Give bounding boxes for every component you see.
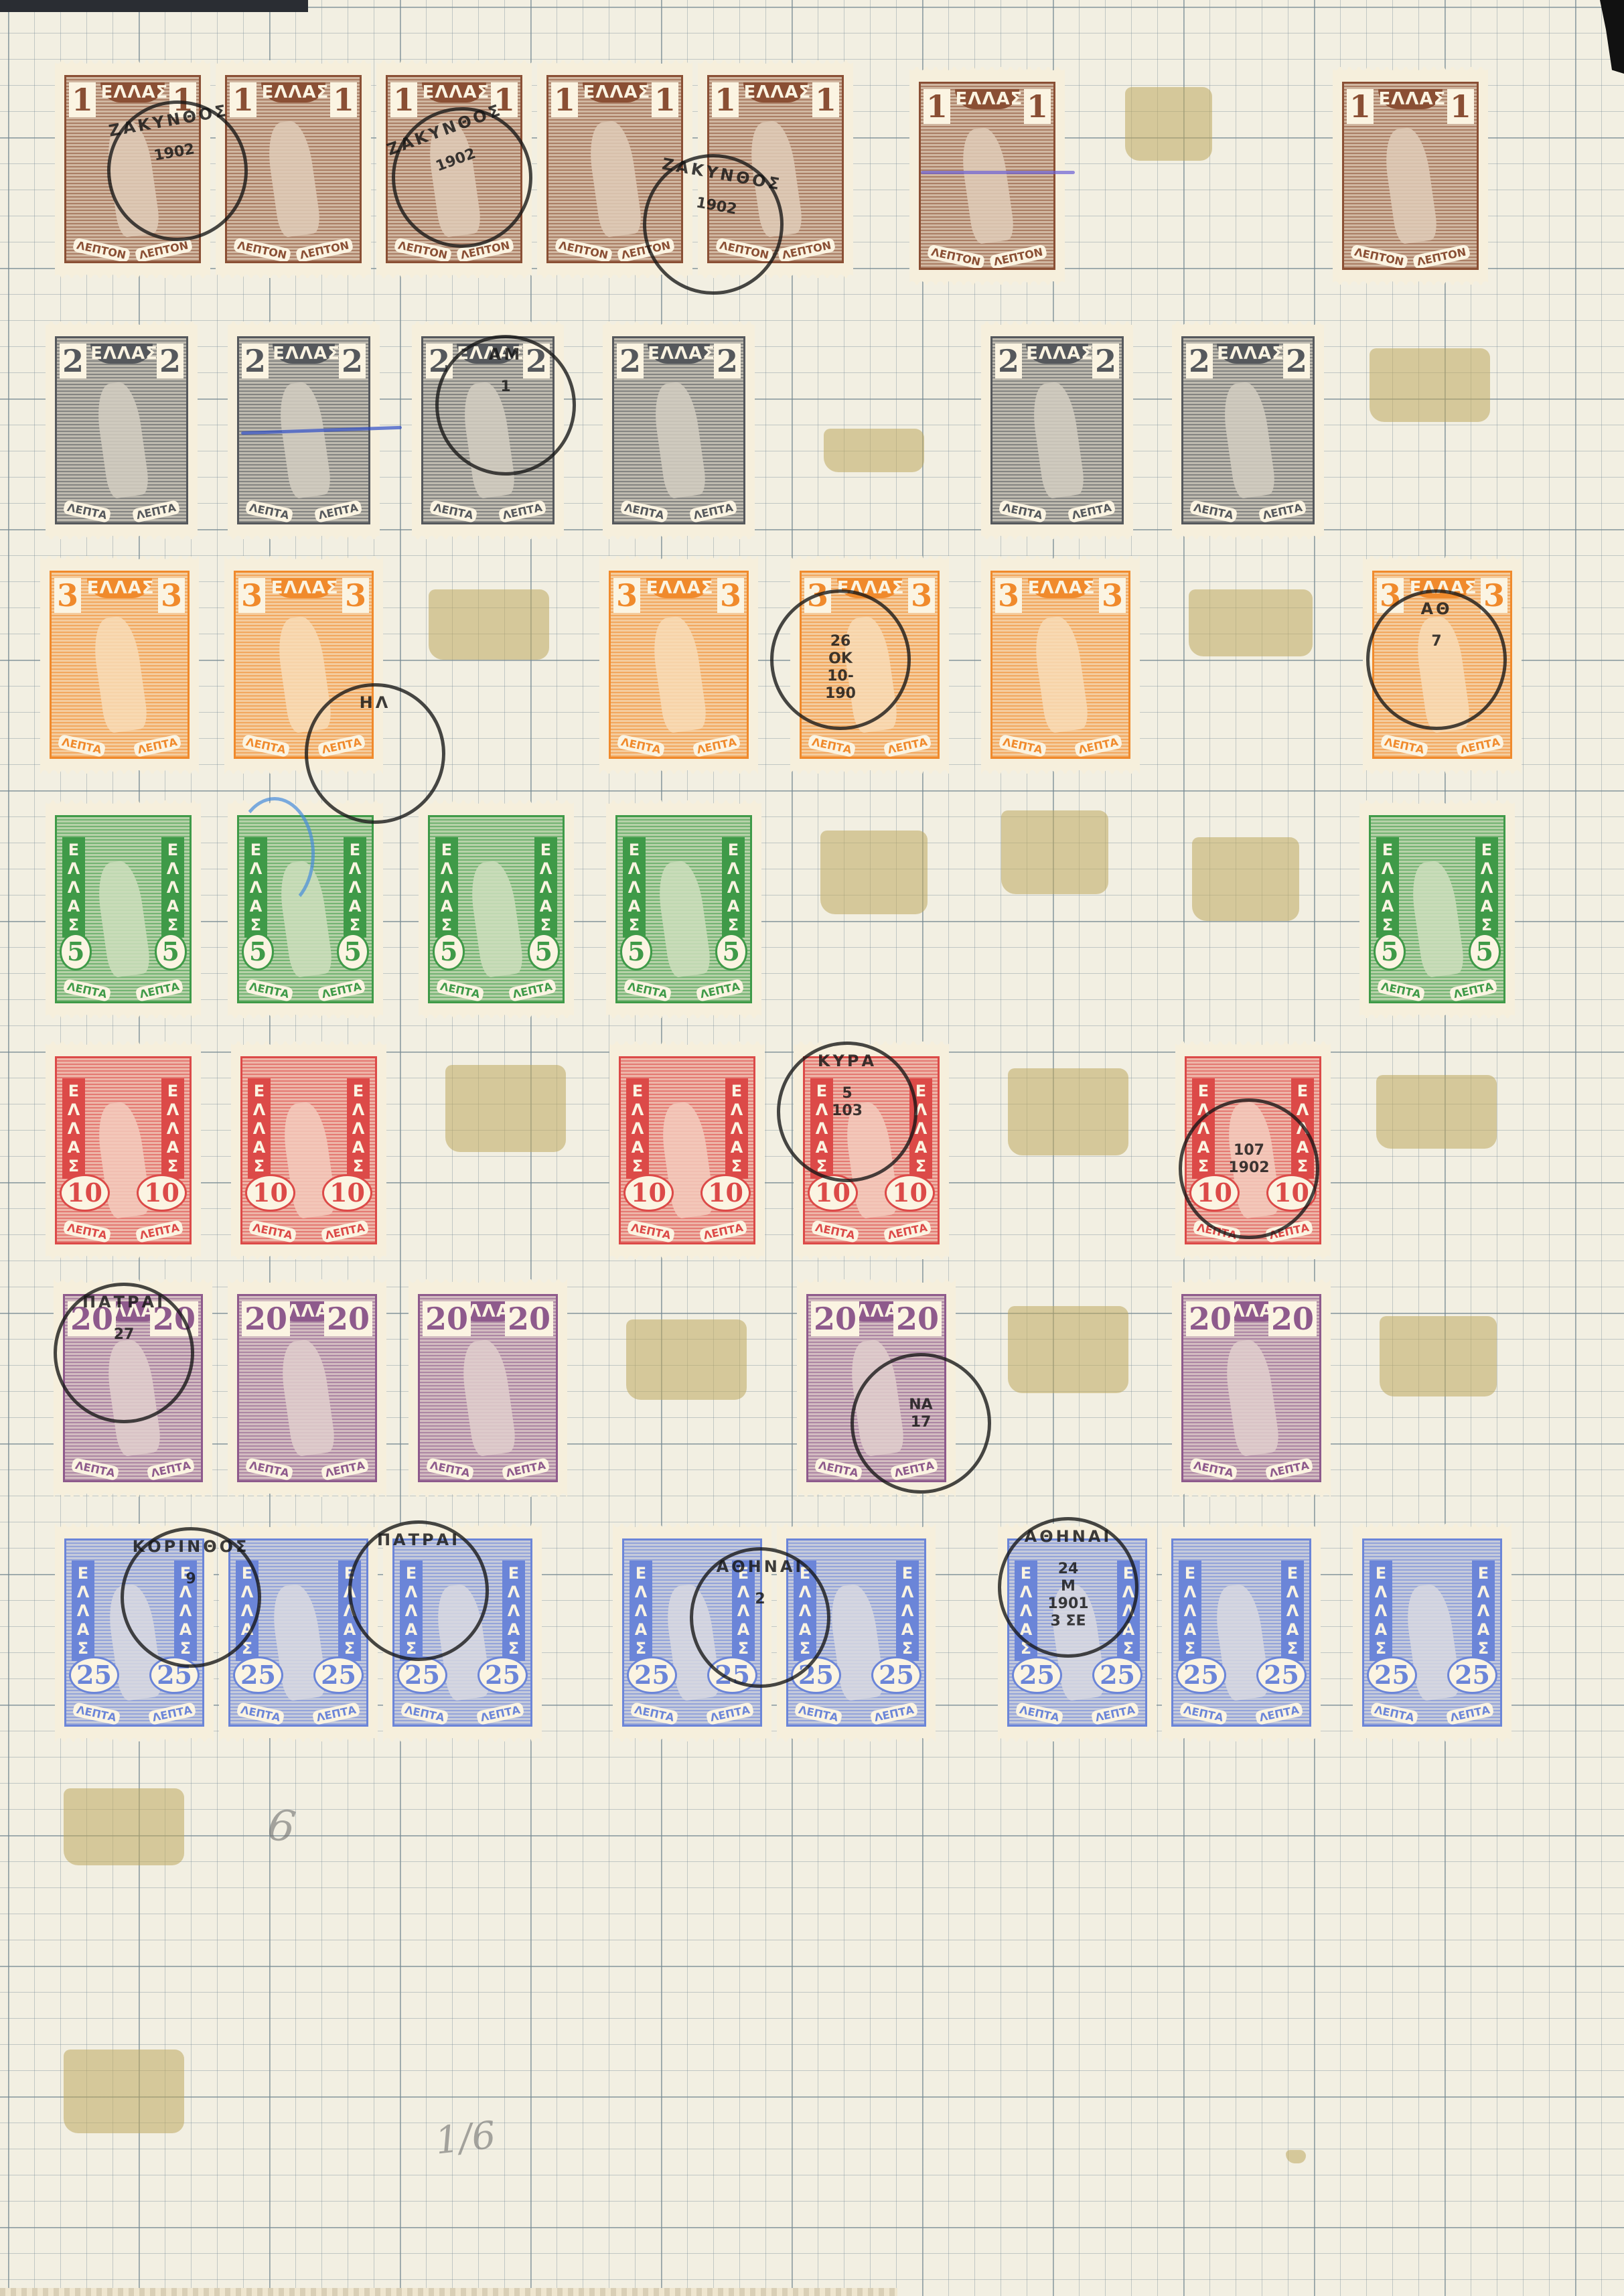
stamp-1-lepta: ΕΛΛΑΣ ΕΛΛΑΣ ΕΛΛΑΣ 1 1 ΛΕΠΤΟΝ ΛΕΠΤΟΝ — [55, 60, 210, 278]
stamp-country: ΕΛΛΑΣ — [648, 344, 710, 364]
stamp-value-left: 3 — [1377, 578, 1404, 613]
stamp-design: ΕΛΛΑΣ ΕΛΛΑΣ ΕΛΛΑΣ 20 20 ΛΕΠΤΑ ΛΕΠΤΑ — [237, 1294, 377, 1482]
stamp-design: ΕΛΛΑΣ ΕΛΛΑΣ ΕΛΛΑΣ 2 2 ΛΕΠΤΑ ΛΕΠΤΑ — [612, 336, 745, 524]
stamp-5-lepta: ΕΛΛΑΣ ΕΛΛΑΣ ΕΛΛΑΣ 5 5 ΛΕΠΤΑ ΛΕΠΤΑ — [419, 800, 574, 1018]
stamp-design: ΕΛΛΑΣ ΕΛΛΑΣ ΕΛΛΑΣ 5 5 ΛΕΠΤΑ ΛΕΠΤΑ — [1369, 815, 1505, 1003]
stamp-design: ΕΛΛΑΣ ΕΛΛΑΣ ΕΛΛΑΣ 25 25 ΛΕΠΤΑ ΛΕΠΤΑ — [1171, 1538, 1311, 1727]
stamp-currency-left: ΛΕΠΤΑ — [1380, 734, 1429, 758]
stamp-country: ΕΛΛΑΣ — [261, 82, 325, 102]
stamp-3-lepta: ΕΛΛΑΣ ΕΛΛΑΣ ΕΛΛΑΣ 3 3 ΛΕΠΤΑ ΛΕΠΤΑ — [790, 556, 949, 774]
stamp-design: ΕΛΛΑΣ ΕΛΛΑΣ ΕΛΛΑΣ 3 3 ΛΕΠΤΑ ΛΕΠΤΑ — [800, 571, 940, 759]
stamp-value-left: 25 — [69, 1656, 119, 1694]
stamp-design: ΕΛΛΑΣ ΕΛΛΑΣ ΕΛΛΑΣ 1 1 ΛΕΠΤΟΝ ΛΕΠΤΟΝ — [386, 75, 522, 263]
stamp-5-lepta: ΕΛΛΑΣ ΕΛΛΑΣ ΕΛΛΑΣ 5 5 ΛΕΠΤΑ ΛΕΠΤΑ — [46, 800, 201, 1018]
stamp-currency-left: ΛΕΠΤΑ — [1015, 1702, 1064, 1725]
empty-stamp-hinge — [824, 429, 924, 472]
stamp-design: ΕΛΛΑΣ ΕΛΛΑΣ ΕΛΛΑΣ 2 2 ΛΕΠΤΑ ΛΕΠΤΑ — [421, 336, 555, 524]
stamp-1-lepta: ΕΛΛΑΣ ΕΛΛΑΣ ΕΛΛΑΣ 1 1 ΛΕΠΤΟΝ ΛΕΠΤΟΝ — [1333, 67, 1488, 285]
stamp-value-left: 10 — [623, 1174, 674, 1212]
stamp-currency-right: ΛΕΠΤΑ — [699, 1220, 748, 1243]
stamp-currency-left: ΛΕΠΤΑ — [794, 1702, 843, 1725]
stamp-country-right: ΕΛΛΑΣ — [161, 837, 184, 938]
album-page: ΕΛΛΑΣ ΕΛΛΑΣ ΕΛΛΑΣ 1 1 ΛΕΠΤΟΝ ΛΕΠΤΟΝ ΕΛΛΑ… — [0, 0, 1624, 2296]
hermes-figure — [1029, 380, 1086, 499]
stamp-country: ΕΛΛΑΣ — [457, 344, 519, 364]
stamp-value-left: 1 — [924, 89, 950, 124]
stamp-currency-left: ΛΕΠΤΑ — [400, 1702, 449, 1725]
stamp-currency-right: ΛΕΠΤΟΝ — [456, 237, 514, 263]
stamp-currency-right: ΛΕΠΤΑ — [706, 1702, 755, 1725]
stamp-currency-right: ΛΕΠΤΑ — [321, 1220, 370, 1243]
stamp-20-lepta: ΕΛΛΑΣ ΕΛΛΑΣ ΕΛΛΑΣ 20 20 ΛΕΠΤΑ ΛΕΠΤΑ — [1172, 1279, 1331, 1497]
stamp-currency-left: ΛΕΠΤΑ — [245, 1457, 294, 1481]
hermes-figure — [650, 380, 707, 499]
hermes-figure — [1220, 380, 1276, 499]
stamp-country-left: ΕΛΛΑΣ — [1015, 1561, 1037, 1661]
stamp-value-left: 20 — [242, 1301, 290, 1336]
stamp-value-right: 25 — [1256, 1656, 1307, 1694]
stamp-25-lepta: ΕΛΛΑΣ ΕΛΛΑΣ ΕΛΛΑΣ 25 25 ΛΕΠΤΑ ΛΕΠΤΑ — [1353, 1524, 1511, 1741]
stamp-country: ΕΛΛΑΣ — [90, 344, 153, 364]
stamp-value-left: 5 — [60, 933, 92, 971]
stamp-country-right: ΕΛΛΑΣ — [338, 1561, 361, 1661]
stamp-value-right: 20 — [324, 1301, 372, 1336]
stamp-value-right: 3 — [717, 578, 744, 613]
stamp-value-left: 10 — [60, 1174, 110, 1212]
stamp-value-right: 5 — [1469, 933, 1501, 971]
stamp-value-right: 20 — [150, 1301, 198, 1336]
stamp-currency-right: ΛΕΠΤΑ — [1258, 500, 1307, 523]
stamp-value-left: 20 — [423, 1301, 471, 1336]
stamp-value-right: 3 — [908, 578, 935, 613]
pencil-note: 1/6 — [433, 2113, 498, 2163]
stamp-value-right: 25 — [149, 1656, 200, 1694]
stamp-5-lepta: ΕΛΛΑΣ ΕΛΛΑΣ ΕΛΛΑΣ 5 5 ΛΕΠΤΑ ΛΕΠΤΑ — [606, 800, 761, 1018]
stamp-value-left: 10 — [808, 1174, 858, 1212]
stamp-design: ΕΛΛΑΣ ΕΛΛΑΣ ΕΛΛΑΣ 1 1 ΛΕΠΤΟΝ ΛΕΠΤΟΝ — [64, 75, 201, 263]
ink-marking — [921, 171, 1075, 174]
stamp-value-right: 2 — [339, 344, 366, 378]
stamp-3-lepta: ΕΛΛΑΣ ΕΛΛΑΣ ΕΛΛΑΣ 3 3 ΛΕΠΤΑ ΛΕΠΤΑ — [224, 556, 383, 774]
stamp-design: ΕΛΛΑΣ ΕΛΛΑΣ ΕΛΛΑΣ 1 1 ΛΕΠΤΟΝ ΛΕΠΤΟΝ — [919, 82, 1055, 270]
stamp-currency-right: ΛΕΠΤΑ — [317, 734, 366, 758]
stamp-currency-left: ΛΕΠΤΑ — [999, 734, 1047, 758]
stamp-country-right: ΕΛΛΑΣ — [534, 837, 557, 938]
stamp-value-left: 3 — [238, 578, 265, 613]
stamp-10-lepta: ΕΛΛΑΣ ΕΛΛΑΣ ΕΛΛΑΣ 10 10 ΛΕΠΤΑ ΛΕΠΤΑ — [609, 1042, 765, 1259]
stamp-currency-left: ΛΕΠΤΑ — [245, 979, 294, 1002]
stamp-country-right: ΕΛΛΑΣ — [909, 1078, 932, 1179]
stamp-country: ΕΛΛΑΣ — [646, 578, 711, 598]
stamp-value-left: 10 — [1189, 1174, 1240, 1212]
stamp-value-right: 20 — [1268, 1301, 1317, 1336]
stamp-country-right: ΕΛΛΑΣ — [732, 1561, 755, 1661]
stamp-currency-right: ΛΕΠΤΑ — [1446, 1702, 1495, 1725]
stamp-design: ΕΛΛΑΣ ΕΛΛΑΣ ΕΛΛΑΣ 25 25 ΛΕΠΤΑ ΛΕΠΤΑ — [786, 1538, 926, 1727]
stamp-design: ΕΛΛΑΣ ΕΛΛΑΣ ΕΛΛΑΣ 10 10 ΛΕΠΤΑ ΛΕΠΤΑ — [803, 1056, 940, 1244]
hermes-figure — [1031, 614, 1090, 733]
stamp-design: ΕΛΛΑΣ ΕΛΛΑΣ ΕΛΛΑΣ 10 10 ΛΕΠΤΑ ΛΕΠΤΑ — [55, 1056, 192, 1244]
stamp-country: ΕΛΛΑΣ — [1026, 344, 1088, 364]
stamp-design: ΕΛΛΑΣ ΕΛΛΑΣ ΕΛΛΑΣ 25 25 ΛΕΠΤΑ ΛΕΠΤΑ — [64, 1538, 204, 1727]
stamp-value-left: 1 — [551, 82, 578, 117]
hermes-figure — [586, 119, 644, 238]
stamp-3-lepta: ΕΛΛΑΣ ΕΛΛΑΣ ΕΛΛΑΣ 3 3 ΛΕΠΤΑ ΛΕΠΤΑ — [1363, 556, 1522, 774]
stamp-currency-left: ΛΕΠΤΑ — [245, 500, 294, 523]
stamp-country: ΕΛΛΑΣ — [583, 82, 646, 102]
stamp-value-left: 3 — [995, 578, 1022, 613]
stamp-country: ΕΛΛΑΣ — [271, 578, 336, 598]
stamp-currency-left: ΛΕΠΤΑ — [1179, 1702, 1228, 1725]
stamp-currency-right: ΛΕΠΤΑ — [1091, 1702, 1140, 1725]
stamp-currency-left: ΛΕΠΤΟΝ — [233, 237, 291, 263]
stamp-currency-left: ΛΕΠΤΑ — [808, 734, 857, 758]
stamp-value-left: 2 — [242, 344, 269, 378]
stamp-value-right: 25 — [1447, 1656, 1497, 1694]
stamp-1-lepta: ΕΛΛΑΣ ΕΛΛΑΣ ΕΛΛΑΣ 1 1 ΛΕΠΤΟΝ ΛΕΠΤΟΝ — [698, 60, 853, 278]
stamp-currency-right: ΛΕΠΤΑ — [883, 734, 932, 758]
stamp-design: ΕΛΛΑΣ ΕΛΛΑΣ ΕΛΛΑΣ 3 3 ΛΕΠΤΑ ΛΕΠΤΑ — [50, 571, 190, 759]
stamp-country-left: ΕΛΛΑΣ — [400, 1561, 423, 1661]
hermes-figure — [425, 119, 483, 238]
stamp-value-left: 3 — [54, 578, 81, 613]
stamp-design: ΕΛΛΑΣ ΕΛΛΑΣ ΕΛΛΑΣ 5 5 ΛΕΠΤΑ ΛΕΠΤΑ — [615, 815, 752, 1003]
stamp-2-lepta: ΕΛΛΑΣ ΕΛΛΑΣ ΕΛΛΑΣ 2 2 ΛΕΠΤΑ ΛΕΠΤΑ — [46, 321, 198, 539]
empty-stamp-hinge — [1008, 1068, 1128, 1155]
empty-stamp-hinge — [1192, 837, 1299, 921]
stamp-currency-right: ΛΕΠΤΑ — [502, 1457, 550, 1481]
stamp-country-left: ΕΛΛΑΣ — [810, 1078, 833, 1179]
empty-stamp-hinge — [1001, 810, 1108, 894]
stamp-currency-right: ΛΕΠΤΑ — [890, 1457, 939, 1481]
stamp-currency-left: ΛΕΠΤΑ — [1193, 1220, 1242, 1243]
stamp-value-right: 1 — [1024, 89, 1051, 124]
stamp-currency-left: ΛΕΠΤΑ — [71, 1457, 120, 1481]
stamp-design: ΕΛΛΑΣ ΕΛΛΑΣ ΕΛΛΑΣ 20 20 ΛΕΠΤΑ ΛΕΠΤΑ — [63, 1294, 203, 1482]
stamp-value-right: 10 — [1266, 1174, 1317, 1212]
empty-stamp-hinge — [1286, 2150, 1306, 2163]
empty-stamp-hinge — [1008, 1306, 1128, 1393]
stamp-currency-left: ΛΕΠΤΑ — [617, 734, 666, 758]
stamp-value-left: 3 — [613, 578, 640, 613]
stamp-country-right: ΕΛΛΑΣ — [725, 1078, 748, 1179]
stamp-currency-left: ΛΕΠΤΟΝ — [72, 237, 131, 263]
hermes-figure — [458, 1338, 517, 1457]
stamp-25-lepta: ΕΛΛΑΣ ΕΛΛΑΣ ΕΛΛΑΣ 25 25 ΛΕΠΤΑ ΛΕΠΤΑ — [383, 1524, 542, 1741]
stamp-currency-left: ΛΕΠΤΑ — [63, 500, 112, 523]
stamp-currency-left: ΛΕΠΤΑ — [72, 1702, 121, 1725]
stamp-value-left: 1 — [712, 82, 739, 117]
stamp-design: ΕΛΛΑΣ ΕΛΛΑΣ ΕΛΛΑΣ 1 1 ΛΕΠΤΟΝ ΛΕΠΤΟΝ — [225, 75, 362, 263]
stamp-design: ΕΛΛΑΣ ΕΛΛΑΣ ΕΛΛΑΣ 2 2 ΛΕΠΤΑ ΛΕΠΤΑ — [55, 336, 188, 524]
stamp-value-left: 25 — [1012, 1656, 1062, 1694]
stamp-value-left: 5 — [620, 933, 652, 971]
stamp-design: ΕΛΛΑΣ ΕΛΛΑΣ ΕΛΛΑΣ 2 2 ΛΕΠΤΑ ΛΕΠΤΑ — [1181, 336, 1315, 524]
stamp-design: ΕΛΛΑΣ ΕΛΛΑΣ ΕΛΛΑΣ 25 25 ΛΕΠΤΑ ΛΕΠΤΑ — [622, 1538, 762, 1727]
stamp-country-left: ΕΛΛΑΣ — [630, 1561, 652, 1661]
stamp-1-lepta: ΕΛΛΑΣ ΕΛΛΑΣ ΕΛΛΑΣ 1 1 ΛΕΠΤΟΝ ΛΕΠΤΟΝ — [537, 60, 692, 278]
hermes-figure — [958, 125, 1016, 244]
stamp-value-right: 25 — [707, 1656, 757, 1694]
stamp-country-left: ΕΛΛΑΣ — [236, 1561, 259, 1661]
stamp-country-right: ΕΛΛΑΣ — [1475, 837, 1498, 938]
stamp-currency-left: ΛΕΠΤΑ — [436, 979, 485, 1002]
stamp-country-left: ΕΛΛΑΣ — [62, 1078, 85, 1179]
hermes-figure — [649, 614, 708, 733]
stamp-value-left: 1 — [1347, 89, 1374, 124]
stamp-currency-left: ΛΕΠΤΑ — [236, 1702, 285, 1725]
stamp-value-right: 20 — [893, 1301, 942, 1336]
stamp-country-left: ΕΛΛΑΣ — [1376, 837, 1399, 938]
empty-stamp-hinge — [1370, 348, 1490, 422]
stamp-value-right: 25 — [477, 1656, 528, 1694]
stamp-value-left: 5 — [242, 933, 274, 971]
stamp-currency-left: ΛΕΠΤΑ — [1370, 1702, 1419, 1725]
stamp-country: ΕΛΛΑΣ — [1217, 344, 1279, 364]
stamp-design: ΕΛΛΑΣ ΕΛΛΑΣ ΕΛΛΑΣ 5 5 ΛΕΠΤΑ ΛΕΠΤΑ — [55, 815, 192, 1003]
stamp-country-right: ΕΛΛΑΣ — [1117, 1561, 1140, 1661]
empty-stamp-hinge — [1380, 1316, 1497, 1396]
stamp-value-left: 25 — [397, 1656, 447, 1694]
stamp-currency-right: ΛΕΠΤΑ — [689, 500, 738, 523]
stamp-value-left: 2 — [1186, 344, 1213, 378]
stamp-currency-right: ΛΕΠΤΟΝ — [1412, 244, 1471, 269]
empty-stamp-hinge — [820, 831, 928, 914]
stamp-25-lepta: ΕΛΛΑΣ ΕΛΛΑΣ ΕΛΛΑΣ 25 25 ΛΕΠΤΑ ΛΕΠΤΑ — [777, 1524, 936, 1741]
stamp-10-lepta: ΕΛΛΑΣ ΕΛΛΑΣ ΕΛΛΑΣ 10 10 ΛΕΠΤΑ ΛΕΠΤΑ — [231, 1042, 386, 1259]
stamp-country-left: ΕΛΛΑΣ — [248, 1078, 271, 1179]
stamp-country-right: ΕΛΛΑΣ — [174, 1561, 197, 1661]
stamp-value-left: 1 — [69, 82, 96, 117]
blue-crayon-marking — [234, 797, 315, 911]
stamp-1-lepta: ΕΛΛΑΣ ΕΛΛΑΣ ΕΛΛΑΣ 1 1 ΛΕΠΤΟΝ ΛΕΠΤΟΝ — [909, 67, 1065, 285]
stamp-currency-left: ΛΕΠΤΑ — [429, 500, 478, 523]
stamp-design: ΕΛΛΑΣ ΕΛΛΑΣ ΕΛΛΑΣ 1 1 ΛΕΠΤΟΝ ΛΕΠΤΟΝ — [546, 75, 683, 263]
stamp-currency-right: ΛΕΠΤΑ — [312, 1702, 361, 1725]
stamp-currency-left: ΛΕΠΤΑ — [620, 500, 669, 523]
stamp-currency-left: ΛΕΠΤΑ — [627, 1220, 676, 1243]
stamp-value-left: 25 — [1367, 1656, 1417, 1694]
stamp-value-right: 10 — [700, 1174, 751, 1212]
stamp-currency-left: ΛΕΠΤΑ — [630, 1702, 679, 1725]
stamp-design: ΕΛΛΑΣ ΕΛΛΑΣ ΕΛΛΑΣ 3 3 ΛΕΠΤΑ ΛΕΠΤΑ — [234, 571, 374, 759]
stamp-design: ΕΛΛΑΣ ΕΛΛΑΣ ΕΛΛΑΣ 25 25 ΛΕΠΤΑ ΛΕΠΤΑ — [228, 1538, 368, 1727]
stamp-value-right: 3 — [342, 578, 369, 613]
stamp-value-right: 1 — [652, 82, 678, 117]
stamp-currency-right: ΛΕΠΤΟΝ — [989, 244, 1047, 269]
stamp-country-right: ΕΛΛΑΣ — [1472, 1561, 1495, 1661]
stamp-currency-right: ΛΕΠΤΑ — [870, 1702, 919, 1725]
underlying-page-edge — [0, 2288, 897, 2296]
stamp-country: ΕΛΛΑΣ — [1410, 578, 1475, 598]
stamp-value-left: 25 — [233, 1656, 283, 1694]
stamp-25-lepta: ΕΛΛΑΣ ΕΛΛΑΣ ΕΛΛΑΣ 25 25 ΛΕΠΤΑ ΛΕΠΤΑ — [219, 1524, 378, 1741]
stamp-design: ΕΛΛΑΣ ΕΛΛΑΣ ΕΛΛΑΣ 25 25 ΛΕΠΤΑ ΛΕΠΤΑ — [392, 1538, 532, 1727]
stamp-currency-right: ΛΕΠΤΑ — [476, 1702, 525, 1725]
stamp-currency-right: ΛΕΠΤΑ — [1265, 1457, 1314, 1481]
empty-stamp-hinge — [429, 589, 549, 660]
stamp-value-right: 25 — [313, 1656, 364, 1694]
empty-stamp-hinge — [64, 2050, 184, 2133]
stamp-country-right: ΕΛΛΑΣ — [722, 837, 745, 938]
hermes-figure — [94, 859, 152, 978]
stamp-value-right: 20 — [505, 1301, 553, 1336]
stamp-currency-right: ΛΕΠΤΑ — [321, 1457, 370, 1481]
stamp-20-lepta: ΕΛΛΑΣ ΕΛΛΑΣ ΕΛΛΑΣ 20 20 ΛΕΠΤΑ ΛΕΠΤΑ — [228, 1279, 386, 1497]
stamp-currency-right: ΛΕΠΤΑ — [1067, 500, 1116, 523]
stamp-currency-right: ΛΕΠΤΟΝ — [295, 237, 354, 263]
stamp-design: ΕΛΛΑΣ ΕΛΛΑΣ ΕΛΛΑΣ 20 20 ΛΕΠΤΑ ΛΕΠΤΑ — [418, 1294, 558, 1482]
stamp-1-lepta: ΕΛΛΑΣ ΕΛΛΑΣ ΕΛΛΑΣ 1 1 ΛΕΠΤΟΝ ΛΕΠΤΟΝ — [376, 60, 532, 278]
stamp-currency-right: ΛΕΠΤΑ — [135, 1220, 184, 1243]
stamp-value-right: 3 — [1481, 578, 1507, 613]
hermes-figure — [467, 859, 525, 978]
stamp-currency-right: ΛΕΠΤΑ — [1074, 734, 1123, 758]
stamp-country-left: ΕΛΛΑΣ — [62, 837, 85, 938]
stamp-3-lepta: ΕΛΛΑΣ ΕΛΛΑΣ ΕΛΛΑΣ 3 3 ΛΕΠΤΑ ΛΕΠΤΑ — [40, 556, 199, 774]
scan-top-edge — [0, 0, 308, 12]
stamp-country: ΕΛΛΑΣ — [743, 82, 807, 102]
stamp-value-right: 10 — [137, 1174, 187, 1212]
hermes-figure — [93, 380, 150, 499]
stamp-country-left: ΕΛΛΑΣ — [794, 1561, 816, 1661]
stamp-currency-right: ΛΕΠΤΑ — [1449, 979, 1498, 1002]
hermes-figure — [846, 1338, 905, 1457]
stamp-25-lepta: ΕΛΛΑΣ ΕΛΛΑΣ ΕΛΛΑΣ 25 25 ΛΕΠΤΑ ΛΕΠΤΑ — [1162, 1524, 1321, 1741]
empty-stamp-hinge — [445, 1065, 566, 1152]
stamp-value-left: 20 — [1186, 1301, 1234, 1336]
stamp-value-right: 5 — [715, 933, 747, 971]
stamp-25-lepta: ΕΛΛΑΣ ΕΛΛΑΣ ΕΛΛΑΣ 25 25 ΛΕΠΤΑ ΛΕΠΤΑ — [613, 1524, 771, 1741]
stamp-currency-left: ΛΕΠΤΑ — [248, 1220, 297, 1243]
stamp-value-right: 2 — [523, 344, 550, 378]
stamp-value-right: 2 — [157, 344, 183, 378]
hermes-figure — [1222, 1338, 1280, 1457]
stamp-country-left: ΕΛΛΑΣ — [1192, 1078, 1215, 1179]
stamp-currency-left: ΛΕΠΤΑ — [1377, 979, 1426, 1002]
stamp-2-lepta: ΕΛΛΑΣ ΕΛΛΑΣ ΕΛΛΑΣ 2 2 ΛΕΠΤΑ ΛΕΠΤΑ — [1172, 321, 1324, 539]
stamp-25-lepta: ΕΛΛΑΣ ΕΛΛΑΣ ΕΛΛΑΣ 25 25 ΛΕΠΤΑ ΛΕΠΤΑ — [55, 1524, 214, 1741]
stamp-currency-left: ΛΕΠΤΑ — [811, 1220, 860, 1243]
stamp-currency-left: ΛΕΠΤΑ — [623, 979, 672, 1002]
stamp-currency-right: ΛΕΠΤΑ — [135, 979, 184, 1002]
stamp-3-lepta: ΕΛΛΑΣ ΕΛΛΑΣ ΕΛΛΑΣ 3 3 ΛΕΠΤΑ ΛΕΠΤΑ — [599, 556, 758, 774]
stamp-country-right: ΕΛΛΑΣ — [896, 1561, 919, 1661]
stamp-value-left: 1 — [230, 82, 256, 117]
stamp-value-left: 5 — [1374, 933, 1406, 971]
hermes-figure — [1408, 859, 1466, 978]
stamp-country-left: ΕΛΛΑΣ — [435, 837, 458, 938]
stamp-20-lepta: ΕΛΛΑΣ ΕΛΛΑΣ ΕΛΛΑΣ 20 20 ΛΕΠΤΑ ΛΕΠΤΑ — [409, 1279, 567, 1497]
stamp-design: ΕΛΛΑΣ ΕΛΛΑΣ ΕΛΛΑΣ 1 1 ΛΕΠΤΟΝ ΛΕΠΤΟΝ — [707, 75, 844, 263]
stamp-design: ΕΛΛΑΣ ΕΛΛΑΣ ΕΛΛΑΣ 2 2 ΛΕΠΤΑ ΛΕΠΤΑ — [990, 336, 1124, 524]
stamp-country-right: ΕΛΛΑΣ — [161, 1078, 184, 1179]
empty-stamp-hinge — [1189, 589, 1313, 656]
stamp-25-lepta: ΕΛΛΑΣ ΕΛΛΑΣ ΕΛΛΑΣ 25 25 ΛΕΠΤΑ ΛΕΠΤΑ — [998, 1524, 1157, 1741]
stamp-value-right: 3 — [158, 578, 185, 613]
empty-stamp-hinge — [1376, 1075, 1497, 1149]
stamp-currency-right: ΛΕΠΤΟΝ — [135, 237, 193, 263]
stamp-value-right: 3 — [1099, 578, 1126, 613]
stamp-value-left: 2 — [426, 344, 453, 378]
stamp-currency-right: ΛΕΠΤΑ — [1456, 734, 1505, 758]
stamp-value-right: 1 — [491, 82, 518, 117]
stamp-country: ΕΛΛΑΣ — [87, 578, 152, 598]
hermes-figure — [1412, 614, 1471, 733]
stamp-currency-left: ΛΕΠΤΟΝ — [394, 237, 452, 263]
stamp-currency-right: ΛΕΠΤΑ — [314, 500, 363, 523]
stamp-3-lepta: ΕΛΛΑΣ ΕΛΛΑΣ ΕΛΛΑΣ 3 3 ΛΕΠΤΑ ΛΕΠΤΑ — [981, 556, 1140, 774]
stamp-value-right: 2 — [1092, 344, 1119, 378]
hermes-figure — [277, 1338, 336, 1457]
stamp-currency-right: ΛΕΠΤΑ — [148, 1702, 197, 1725]
stamp-value-left: 25 — [627, 1656, 677, 1694]
stamp-value-right: 25 — [1092, 1656, 1142, 1694]
stamp-currency-right: ΛΕΠΤΑ — [147, 1457, 196, 1481]
stamp-value-left: 25 — [791, 1656, 841, 1694]
stamp-country-right: ΕΛΛΑΣ — [502, 1561, 525, 1661]
hermes-figure — [840, 614, 899, 733]
stamp-design: ΕΛΛΑΣ ΕΛΛΑΣ ΕΛΛΑΣ 5 5 ΛΕΠΤΑ ΛΕΠΤΑ — [428, 815, 565, 1003]
stamp-currency-left: ΛΕΠΤΑ — [814, 1457, 863, 1481]
stamp-2-lepta: ΕΛΛΑΣ ΕΛΛΑΣ ΕΛΛΑΣ 2 2 ΛΕΠΤΑ ΛΕΠΤΑ — [981, 321, 1133, 539]
stamp-value-left: 2 — [60, 344, 86, 378]
pencil-note: 6 — [265, 1800, 299, 1853]
empty-stamp-hinge — [64, 1788, 184, 1865]
stamp-value-left: 25 — [1176, 1656, 1226, 1694]
stamp-value-right: 5 — [337, 933, 369, 971]
stamp-country-right: ΕΛΛΑΣ — [344, 837, 366, 938]
stamp-value-left: 10 — [245, 1174, 295, 1212]
stamp-currency-left: ΛΕΠΤΑ — [1189, 500, 1238, 523]
stamp-country: ΕΛΛΑΣ — [1028, 578, 1093, 598]
stamp-design: ΕΛΛΑΣ ΕΛΛΑΣ ΕΛΛΑΣ 1 1 ΛΕΠΤΟΝ ΛΕΠΤΟΝ — [1342, 82, 1479, 270]
stamp-country-left: ΕΛΛΑΣ — [1370, 1561, 1392, 1661]
stamp-currency-right: ΛΕΠΤΑ — [508, 979, 557, 1002]
stamp-1-lepta: ΕΛΛΑΣ ΕΛΛΑΣ ΕΛΛΑΣ 1 1 ΛΕΠΤΟΝ ΛΕΠΤΟΝ — [216, 60, 371, 278]
stamp-design: ΕΛΛΑΣ ΕΛΛΑΣ ΕΛΛΑΣ 20 20 ΛΕΠΤΑ ΛΕΠΤΑ — [806, 1294, 946, 1482]
stamp-currency-left: ΛΕΠΤΟΝ — [927, 244, 985, 269]
stamp-value-right: 1 — [330, 82, 357, 117]
stamp-currency-left: ΛΕΠΤΟΝ — [715, 237, 773, 263]
stamp-design: ΕΛΛΑΣ ΕΛΛΑΣ ΕΛΛΑΣ 20 20 ΛΕΠΤΑ ΛΕΠΤΑ — [1181, 1294, 1321, 1482]
stamp-value-left: 5 — [433, 933, 465, 971]
stamp-design: ΕΛΛΑΣ ΕΛΛΑΣ ΕΛΛΑΣ 3 3 ΛΕΠΤΑ ΛΕΠΤΑ — [609, 571, 749, 759]
stamp-country-right: ΕΛΛΑΣ — [1281, 1561, 1304, 1661]
stamp-country: ΕΛΛΑΣ — [1378, 89, 1442, 109]
stamp-country-left: ΕΛΛΑΣ — [623, 837, 646, 938]
stamp-value-right: 2 — [1283, 344, 1310, 378]
stamp-10-lepta: ΕΛΛΑΣ ΕΛΛΑΣ ΕΛΛΑΣ 10 10 ΛΕΠΤΑ ΛΕΠΤΑ — [1175, 1042, 1331, 1259]
stamp-country: ΕΛΛΑΣ — [100, 82, 164, 102]
stamp-country-left: ΕΛΛΑΣ — [1179, 1561, 1201, 1661]
stamp-currency-left: ΛΕΠΤΟΝ — [1350, 244, 1408, 269]
stamp-currency-right: ΛΕΠΤΑ — [692, 734, 741, 758]
hermes-figure — [275, 380, 332, 499]
stamp-country-left: ΕΛΛΑΣ — [72, 1561, 94, 1661]
stamp-value-left: 2 — [995, 344, 1022, 378]
stamp-20-lepta: ΕΛΛΑΣ ΕΛΛΑΣ ΕΛΛΑΣ 20 20 ΛΕΠΤΑ ΛΕΠΤΑ — [797, 1279, 956, 1497]
stamp-currency-right: ΛΕΠΤΑ — [883, 1220, 932, 1243]
stamp-value-right: 10 — [885, 1174, 935, 1212]
stamp-value-left: 2 — [617, 344, 644, 378]
stamp-currency-left: ΛΕΠΤΑ — [426, 1457, 475, 1481]
stamp-currency-right: ΛΕΠΤΑ — [1255, 1702, 1304, 1725]
stamp-currency-left: ΛΕΠΤΑ — [58, 734, 106, 758]
hermes-figure — [459, 380, 516, 499]
stamp-country-right: ΕΛΛΑΣ — [1291, 1078, 1314, 1179]
stamp-2-lepta: ΕΛΛΑΣ ΕΛΛΑΣ ΕΛΛΑΣ 2 2 ΛΕΠΤΑ ΛΕΠΤΑ — [412, 321, 564, 539]
